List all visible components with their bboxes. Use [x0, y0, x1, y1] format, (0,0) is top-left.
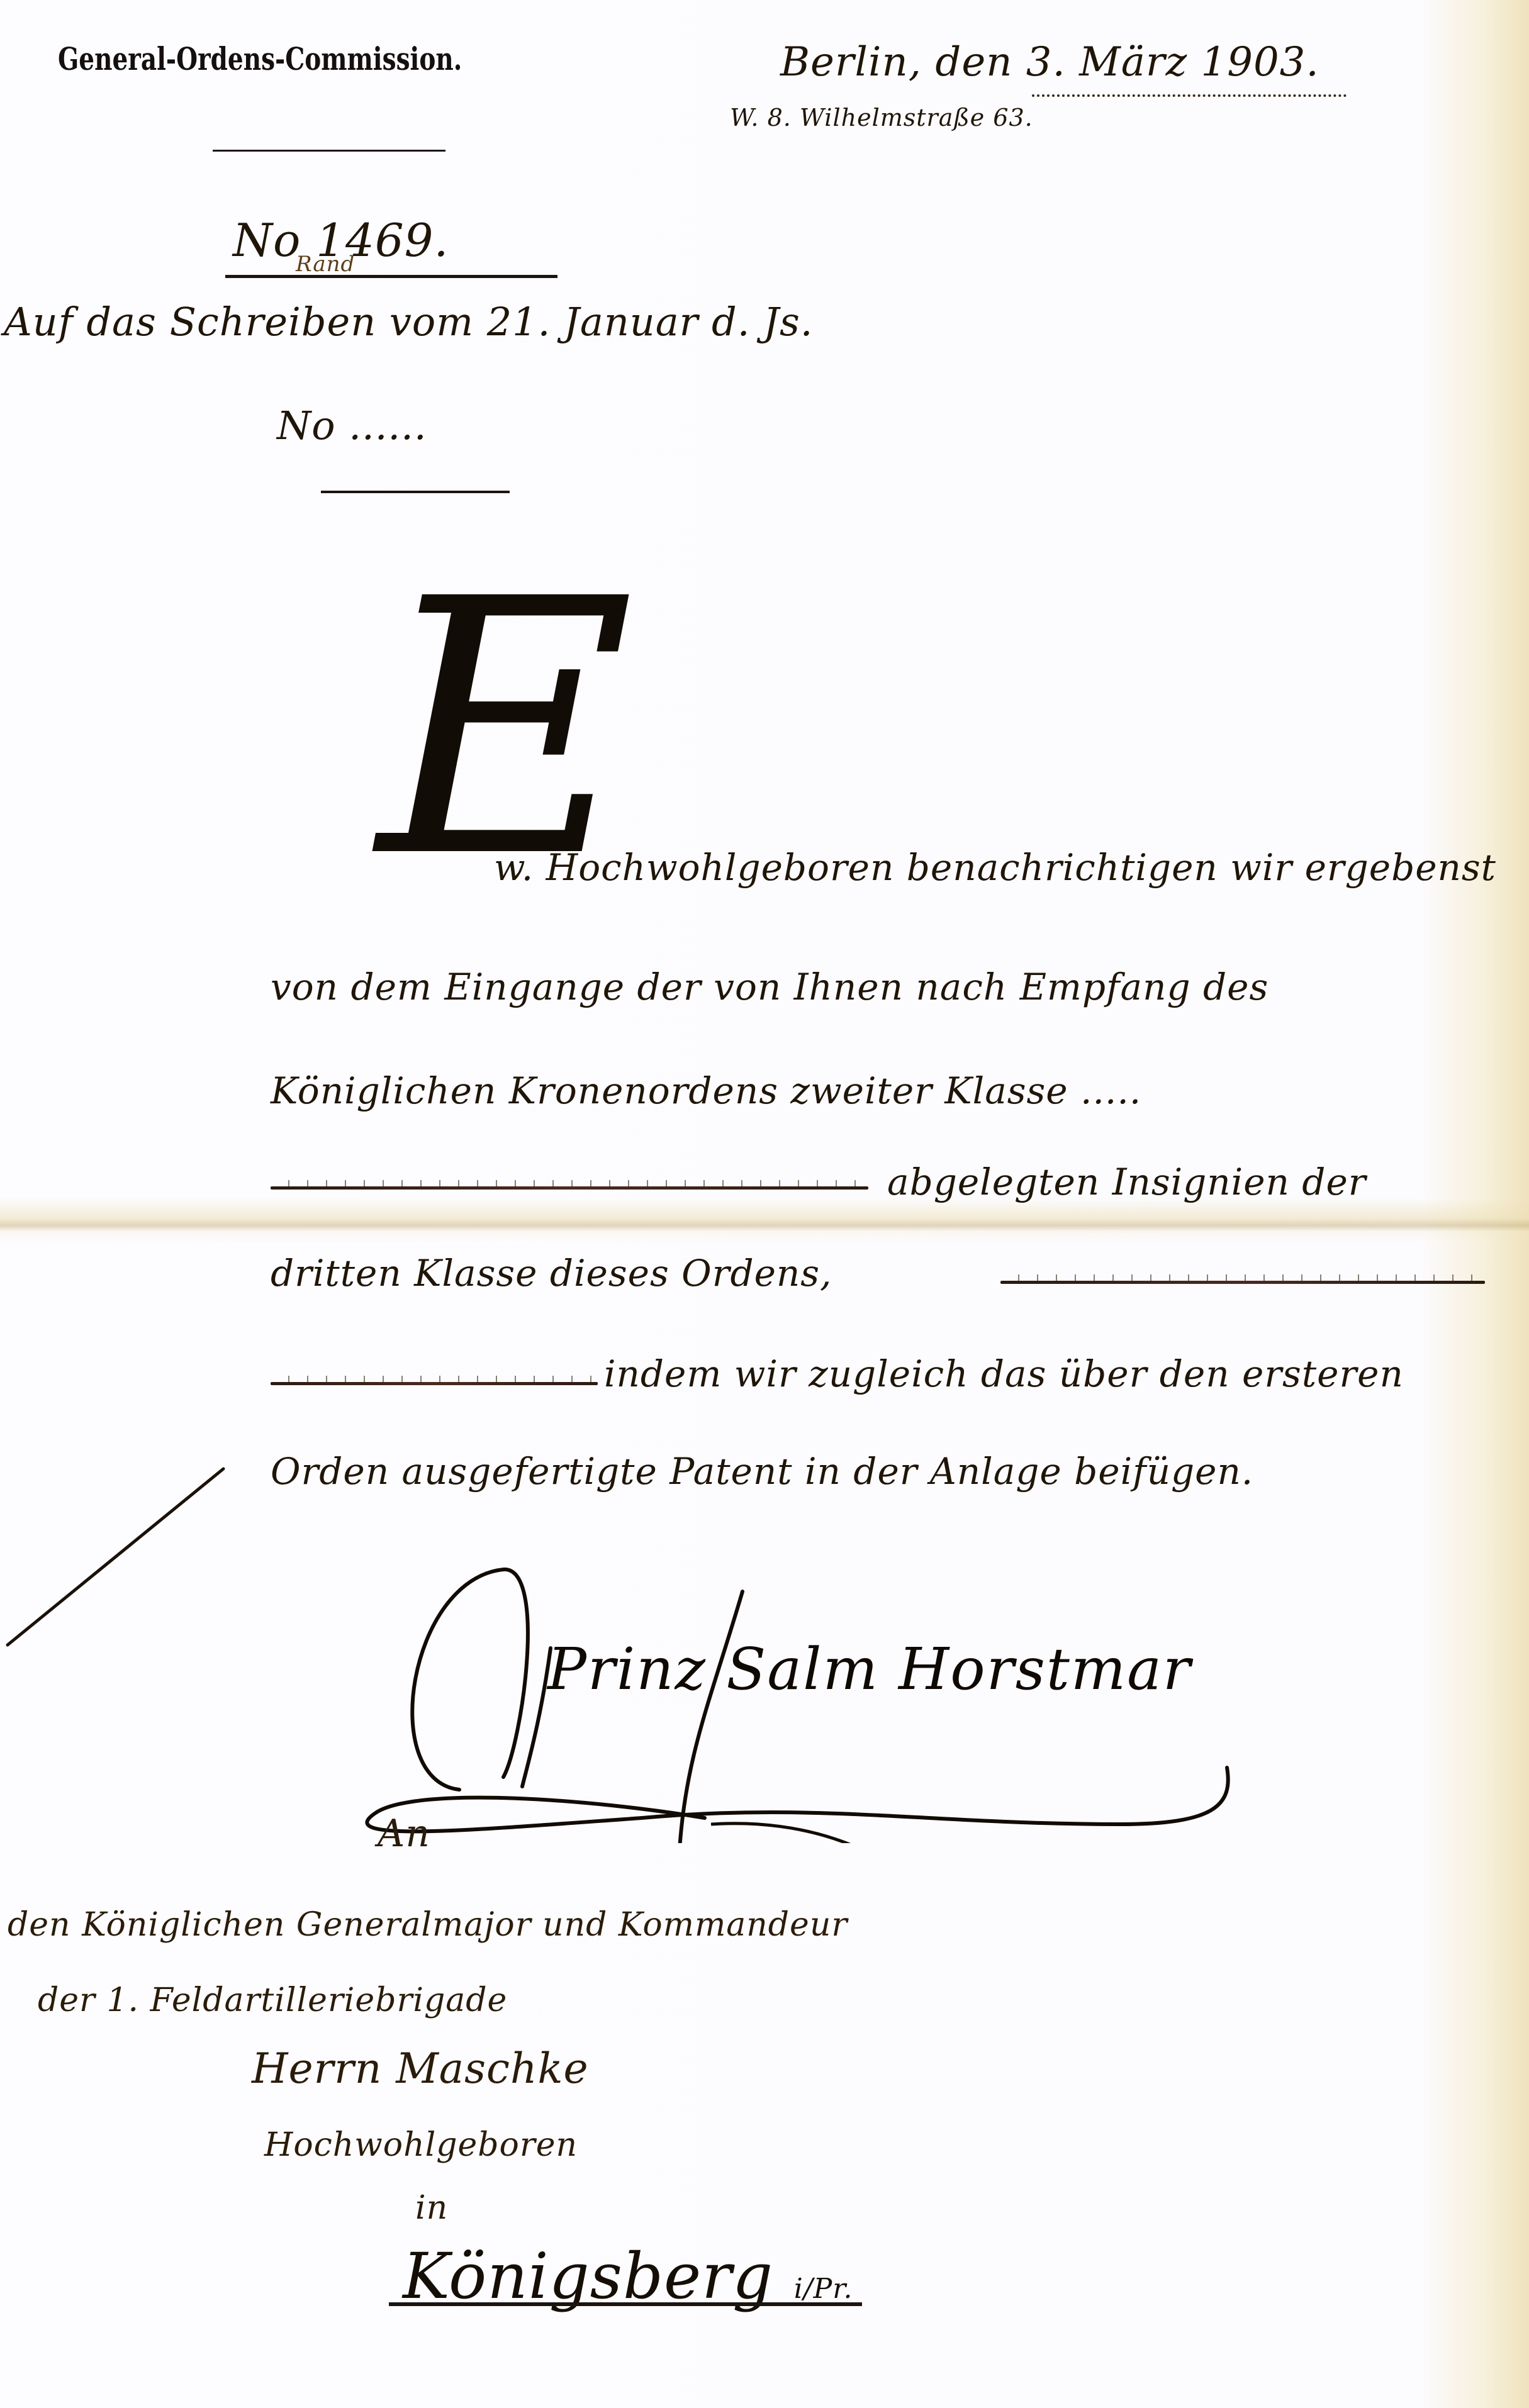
reply-number: No ......	[277, 403, 427, 449]
reply-reference-line: Auf das Schreiben vom 21. Januar d. Js.	[4, 299, 814, 345]
blank-fill-line-3	[271, 1382, 598, 1385]
reply-text: Schreiben vom 21. Januar d. Js.	[170, 299, 814, 345]
section-divider	[321, 491, 510, 493]
date-dotted-line	[1032, 94, 1347, 97]
recipient-line-5: in	[415, 2189, 448, 2227]
reply-number-label: No	[277, 403, 336, 449]
body-line-3: Königlichen Kronenordens zweiter Klasse …	[271, 1069, 1141, 1112]
place-date: Berlin, den 3. März 1903.	[780, 39, 1319, 86]
body-line-7: Orden ausgefertigte Patent in der Anlage…	[271, 1450, 1253, 1493]
body-line-4: abgelegten Insignien der	[887, 1161, 1367, 1203]
recipient-line-3: Herrn Maschke	[252, 2044, 589, 2093]
issuer-heading: General-Ordens-Commission.	[58, 40, 462, 77]
signature-name: Prinz Salm Horstmar	[547, 1636, 1192, 1703]
reply-number-value: ......	[349, 403, 427, 449]
margin-check-stroke	[0, 1453, 239, 1654]
body-line-5: dritten Klasse dieses Ordens,	[271, 1252, 832, 1295]
recipient-line-2: der 1. Feldartilleriebrigade	[38, 1982, 507, 2019]
number-label: No	[233, 214, 301, 267]
body-line-6: indem wir zugleich das über den ersteren	[604, 1352, 1404, 1395]
recipient-line-4: Hochwohlgeboren	[264, 2126, 578, 2164]
document-page: General-Ordens-Commission. Berlin, den 3…	[0, 0, 1529, 2408]
city-suffix: i/Pr.	[794, 2273, 853, 2305]
sender-address: W. 8. Wilhelmstraße 63.	[730, 104, 1033, 131]
body-line-2: von dem Eingange der von Ihnen nach Empf…	[271, 966, 1269, 1008]
city-underline	[389, 2302, 862, 2306]
heading-divider	[213, 150, 445, 152]
paper-fold-crease	[0, 1198, 1529, 1242]
recipient-line-1: den Königlichen Generalmajor und Kommand…	[8, 1906, 848, 1944]
reply-prefix: Auf das	[4, 299, 157, 345]
number-underline	[225, 275, 557, 278]
recipient-salutation: An	[378, 1812, 430, 1856]
marginal-insert: Rand	[296, 252, 355, 277]
blank-fill-line-2	[1000, 1281, 1485, 1284]
body-line-1: w. Hochwohlgeboren benachrichtigen wir e…	[494, 846, 1496, 889]
blank-fill-line-1	[271, 1186, 868, 1190]
